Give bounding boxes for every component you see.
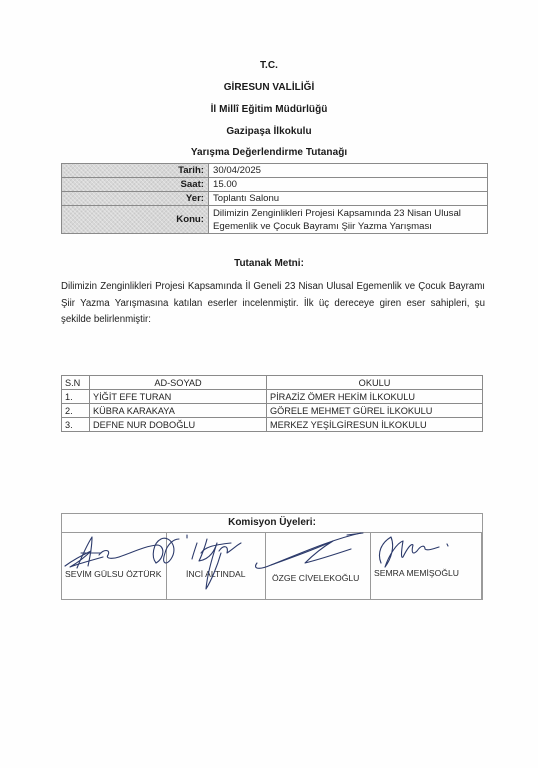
info-row-time: Saat: 15.00 <box>62 178 488 192</box>
commission-title: Komisyon Üyeleri: <box>62 514 482 533</box>
info-value-place: Toplantı Salonu <box>209 192 488 206</box>
info-row-subject: Konu: Dilimizin Zenginlikleri Projesi Ka… <box>62 206 488 234</box>
row-sn: 1. <box>62 390 90 404</box>
info-label: Konu: <box>62 206 209 234</box>
header-school: Gazipaşa İlkokulu <box>0 126 538 137</box>
row-name: KÜBRA KARAKAYA <box>90 404 267 418</box>
row-name: DEFNE NUR DOBOĞLU <box>90 418 267 432</box>
report-body: Dilimizin Zenginlikleri Projesi Kapsamın… <box>61 279 485 329</box>
row-sn: 3. <box>62 418 90 432</box>
row-school: PİRAZİZ ÖMER HEKİM İLKOKULU <box>267 390 483 404</box>
member-name: İNCİ ALTINDAL <box>186 569 246 579</box>
info-value-time: 15.00 <box>209 178 488 192</box>
column-header-school: OKULU <box>267 376 483 390</box>
row-school: MERKEZ YEŞİLGİRESUN İLKOKULU <box>267 418 483 432</box>
member-name: ÖZGE CİVELEKOĞLU <box>272 573 359 583</box>
column-header-sn: S.N <box>62 376 90 390</box>
commission-member-4: SEMRA MEMİŞOĞLU <box>371 533 482 599</box>
member-name: SEMRA MEMİŞOĞLU <box>374 568 459 578</box>
commission-member-1: SEVİM GÜLSU ÖZTÜRK <box>62 533 167 599</box>
commission-member-2: İNCİ ALTINDAL <box>167 533 266 599</box>
table-row: 1. YİĞİT EFE TURAN PİRAZİZ ÖMER HEKİM İL… <box>62 390 483 404</box>
table-row: 2. KÜBRA KARAKAYA GÖRELE MEHMET GÜREL İL… <box>62 404 483 418</box>
row-sn: 2. <box>62 404 90 418</box>
report-title: Tutanak Metni: <box>0 258 538 269</box>
member-name: SEVİM GÜLSU ÖZTÜRK <box>65 569 161 579</box>
info-value-date: 30/04/2025 <box>209 164 488 178</box>
info-row-date: Tarih: 30/04/2025 <box>62 164 488 178</box>
column-header-name: AD-SOYAD <box>90 376 267 390</box>
document-page: T.C. GİRESUN VALİLİĞİ İl Millî Eğitim Mü… <box>0 0 538 768</box>
commission-table: Komisyon Üyeleri: SEVİM GÜLSU ÖZTÜRK İNC… <box>61 513 483 600</box>
header-governorship: GİRESUN VALİLİĞİ <box>0 82 538 93</box>
info-table: Tarih: 30/04/2025 Saat: 15.00 Yer: Topla… <box>61 163 488 234</box>
info-label: Yer: <box>62 192 209 206</box>
header-country: T.C. <box>0 60 538 71</box>
row-name: YİĞİT EFE TURAN <box>90 390 267 404</box>
commission-member-3: ÖZGE CİVELEKOĞLU <box>266 533 371 599</box>
info-value-subject: Dilimizin Zenginlikleri Projesi Kapsamın… <box>209 206 488 234</box>
table-row: 3. DEFNE NUR DOBOĞLU MERKEZ YEŞİLGİRESUN… <box>62 418 483 432</box>
document-title: Yarışma Değerlendirme Tutanağı <box>0 147 538 158</box>
header-directorate: İl Millî Eğitim Müdürlüğü <box>0 104 538 115</box>
info-label: Saat: <box>62 178 209 192</box>
row-school: GÖRELE MEHMET GÜREL İLKOKULU <box>267 404 483 418</box>
results-header-row: S.N AD-SOYAD OKULU <box>62 376 483 390</box>
info-label: Tarih: <box>62 164 209 178</box>
info-row-place: Yer: Toplantı Salonu <box>62 192 488 206</box>
results-table: S.N AD-SOYAD OKULU 1. YİĞİT EFE TURAN Pİ… <box>61 375 483 432</box>
